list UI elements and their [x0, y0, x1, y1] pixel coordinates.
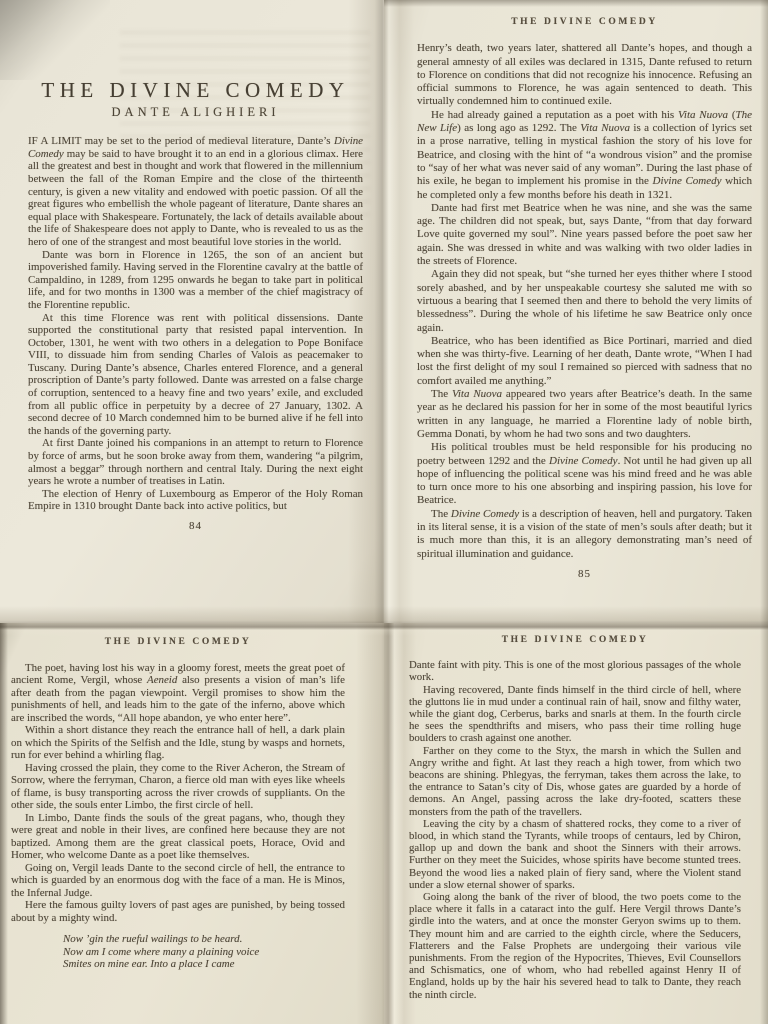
paragraph: The poet, having lost his way in a gloom… — [11, 662, 345, 725]
scanned-book-spread: THE DIVINE COMEDY DANTE ALIGHIERI IF A L… — [0, 0, 768, 1024]
running-head: THE DIVINE COMEDY — [11, 636, 345, 649]
paragraph: He had already gained a reputation as a … — [417, 109, 752, 202]
paragraph: Dante was born in Florence in 1265, the … — [28, 249, 363, 312]
page-85: THE DIVINE COMEDY Henry’s death, two yea… — [384, 0, 768, 623]
paragraph: His political troubles must be held resp… — [417, 441, 752, 507]
page-84: THE DIVINE COMEDY DANTE ALIGHIERI IF A L… — [0, 0, 384, 623]
paragraph: Dante had first met Beatrice when he was… — [417, 202, 752, 268]
paragraph: Within a short distance they reach the e… — [11, 724, 345, 762]
verse-line: Now ’gin the rueful wailings to be heard… — [63, 933, 345, 946]
paragraph: The Vita Nuova appeared two years after … — [417, 388, 752, 441]
running-head: THE DIVINE COMEDY — [409, 634, 741, 646]
paragraph: Going along the bank of the river of blo… — [409, 891, 741, 1001]
paragraph: Here the famous guilty lovers of past ag… — [11, 899, 345, 924]
paragraph: In Limbo, Dante finds the souls of the g… — [11, 812, 345, 862]
page-number: 85 — [417, 568, 752, 581]
paragraph: Having crossed the plain, they come to t… — [11, 762, 345, 812]
paragraph: Again they did not speak, but “she turne… — [417, 268, 752, 334]
paragraph: Henry’s death, two years later, shattere… — [417, 42, 752, 108]
running-head: THE DIVINE COMEDY — [417, 16, 752, 29]
verse-line: Smites on mine ear. Into a place I came — [63, 958, 345, 971]
page-87: THE DIVINE COMEDY Dante faint with pity.… — [384, 623, 768, 1024]
paragraph: Having recovered, Dante finds himself in… — [409, 684, 741, 745]
paragraph: The election of Henry of Luxembourg as E… — [28, 488, 363, 513]
paragraph: The Divine Comedy is a description of he… — [417, 508, 752, 561]
book-author: DANTE ALIGHIERI — [28, 106, 363, 119]
paragraph: Farther on they come to the Styx, the ma… — [409, 745, 741, 818]
page-86: THE DIVINE COMEDY The poet, having lost … — [0, 623, 384, 1024]
paragraph: Dante faint with pity. This is one of th… — [409, 659, 741, 683]
page-number: 84 — [28, 520, 363, 533]
book-title: THE DIVINE COMEDY — [28, 84, 363, 97]
paragraph: IF A LIMIT may be set to the period of m… — [28, 135, 363, 248]
paragraph: Beatrice, who has been identified as Bic… — [417, 335, 752, 388]
paragraph: Going on, Vergil leads Dante to the seco… — [11, 862, 345, 900]
verse-line: Now am I come where many a plaining voic… — [63, 946, 345, 959]
verse-quotation: Now ’gin the rueful wailings to be heard… — [63, 933, 345, 971]
paragraph: At this time Florence was rent with poli… — [28, 312, 363, 438]
paragraph: At first Dante joined his companions in … — [28, 437, 363, 487]
paragraph: Leaving the city by a chasm of shattered… — [409, 818, 741, 891]
